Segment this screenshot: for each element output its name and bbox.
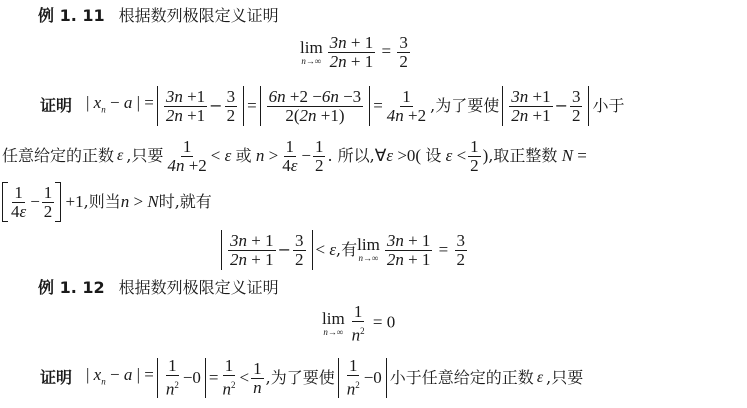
- example-1-12-statement: limn→∞1n2 = 0: [322, 303, 395, 345]
- example-1-11-header: 例 1. 11根据数列极限定义证明: [38, 6, 279, 26]
- proof-label: 证明: [40, 96, 72, 116]
- example-1-11-statement: limn→∞3n + 12n + 1 = 32: [300, 34, 412, 71]
- example-label: 例 1. 11: [38, 6, 105, 25]
- proof-1-11-line-2: 任意给定的正数 ε,只要 14n +2 < ε 或 n > 14ε−12. 所以…: [2, 134, 587, 178]
- proof-1-12-line-1: 证明 | xn − a | = 1n2−0 =1n2<1n,为了要使 1n2−0…: [40, 356, 583, 400]
- proof-1-11-conclusion: 3n + 12n + 1 − 32 < ε,有 limn→∞3n + 12n +…: [218, 228, 469, 272]
- proof-1-11-line-3: 14ε−12 +1,则当n > N时,就有: [2, 180, 212, 224]
- proof-1-11-line-1: 证明 | xn − a | = 3n +12n +1 − 32 = 6n +2 …: [40, 84, 625, 128]
- example-1-12-header: 例 1. 12根据数列极限定义证明: [38, 278, 279, 298]
- limit-operator: limn→∞: [300, 40, 323, 66]
- example-label: 例 1. 12: [38, 278, 105, 297]
- fraction: 3n + 12n + 1: [328, 34, 376, 71]
- example-title: 根据数列极限定义证明: [119, 6, 279, 25]
- fraction: 32: [397, 34, 410, 71]
- proof-label: 证明: [40, 368, 72, 388]
- example-title: 根据数列极限定义证明: [119, 278, 279, 297]
